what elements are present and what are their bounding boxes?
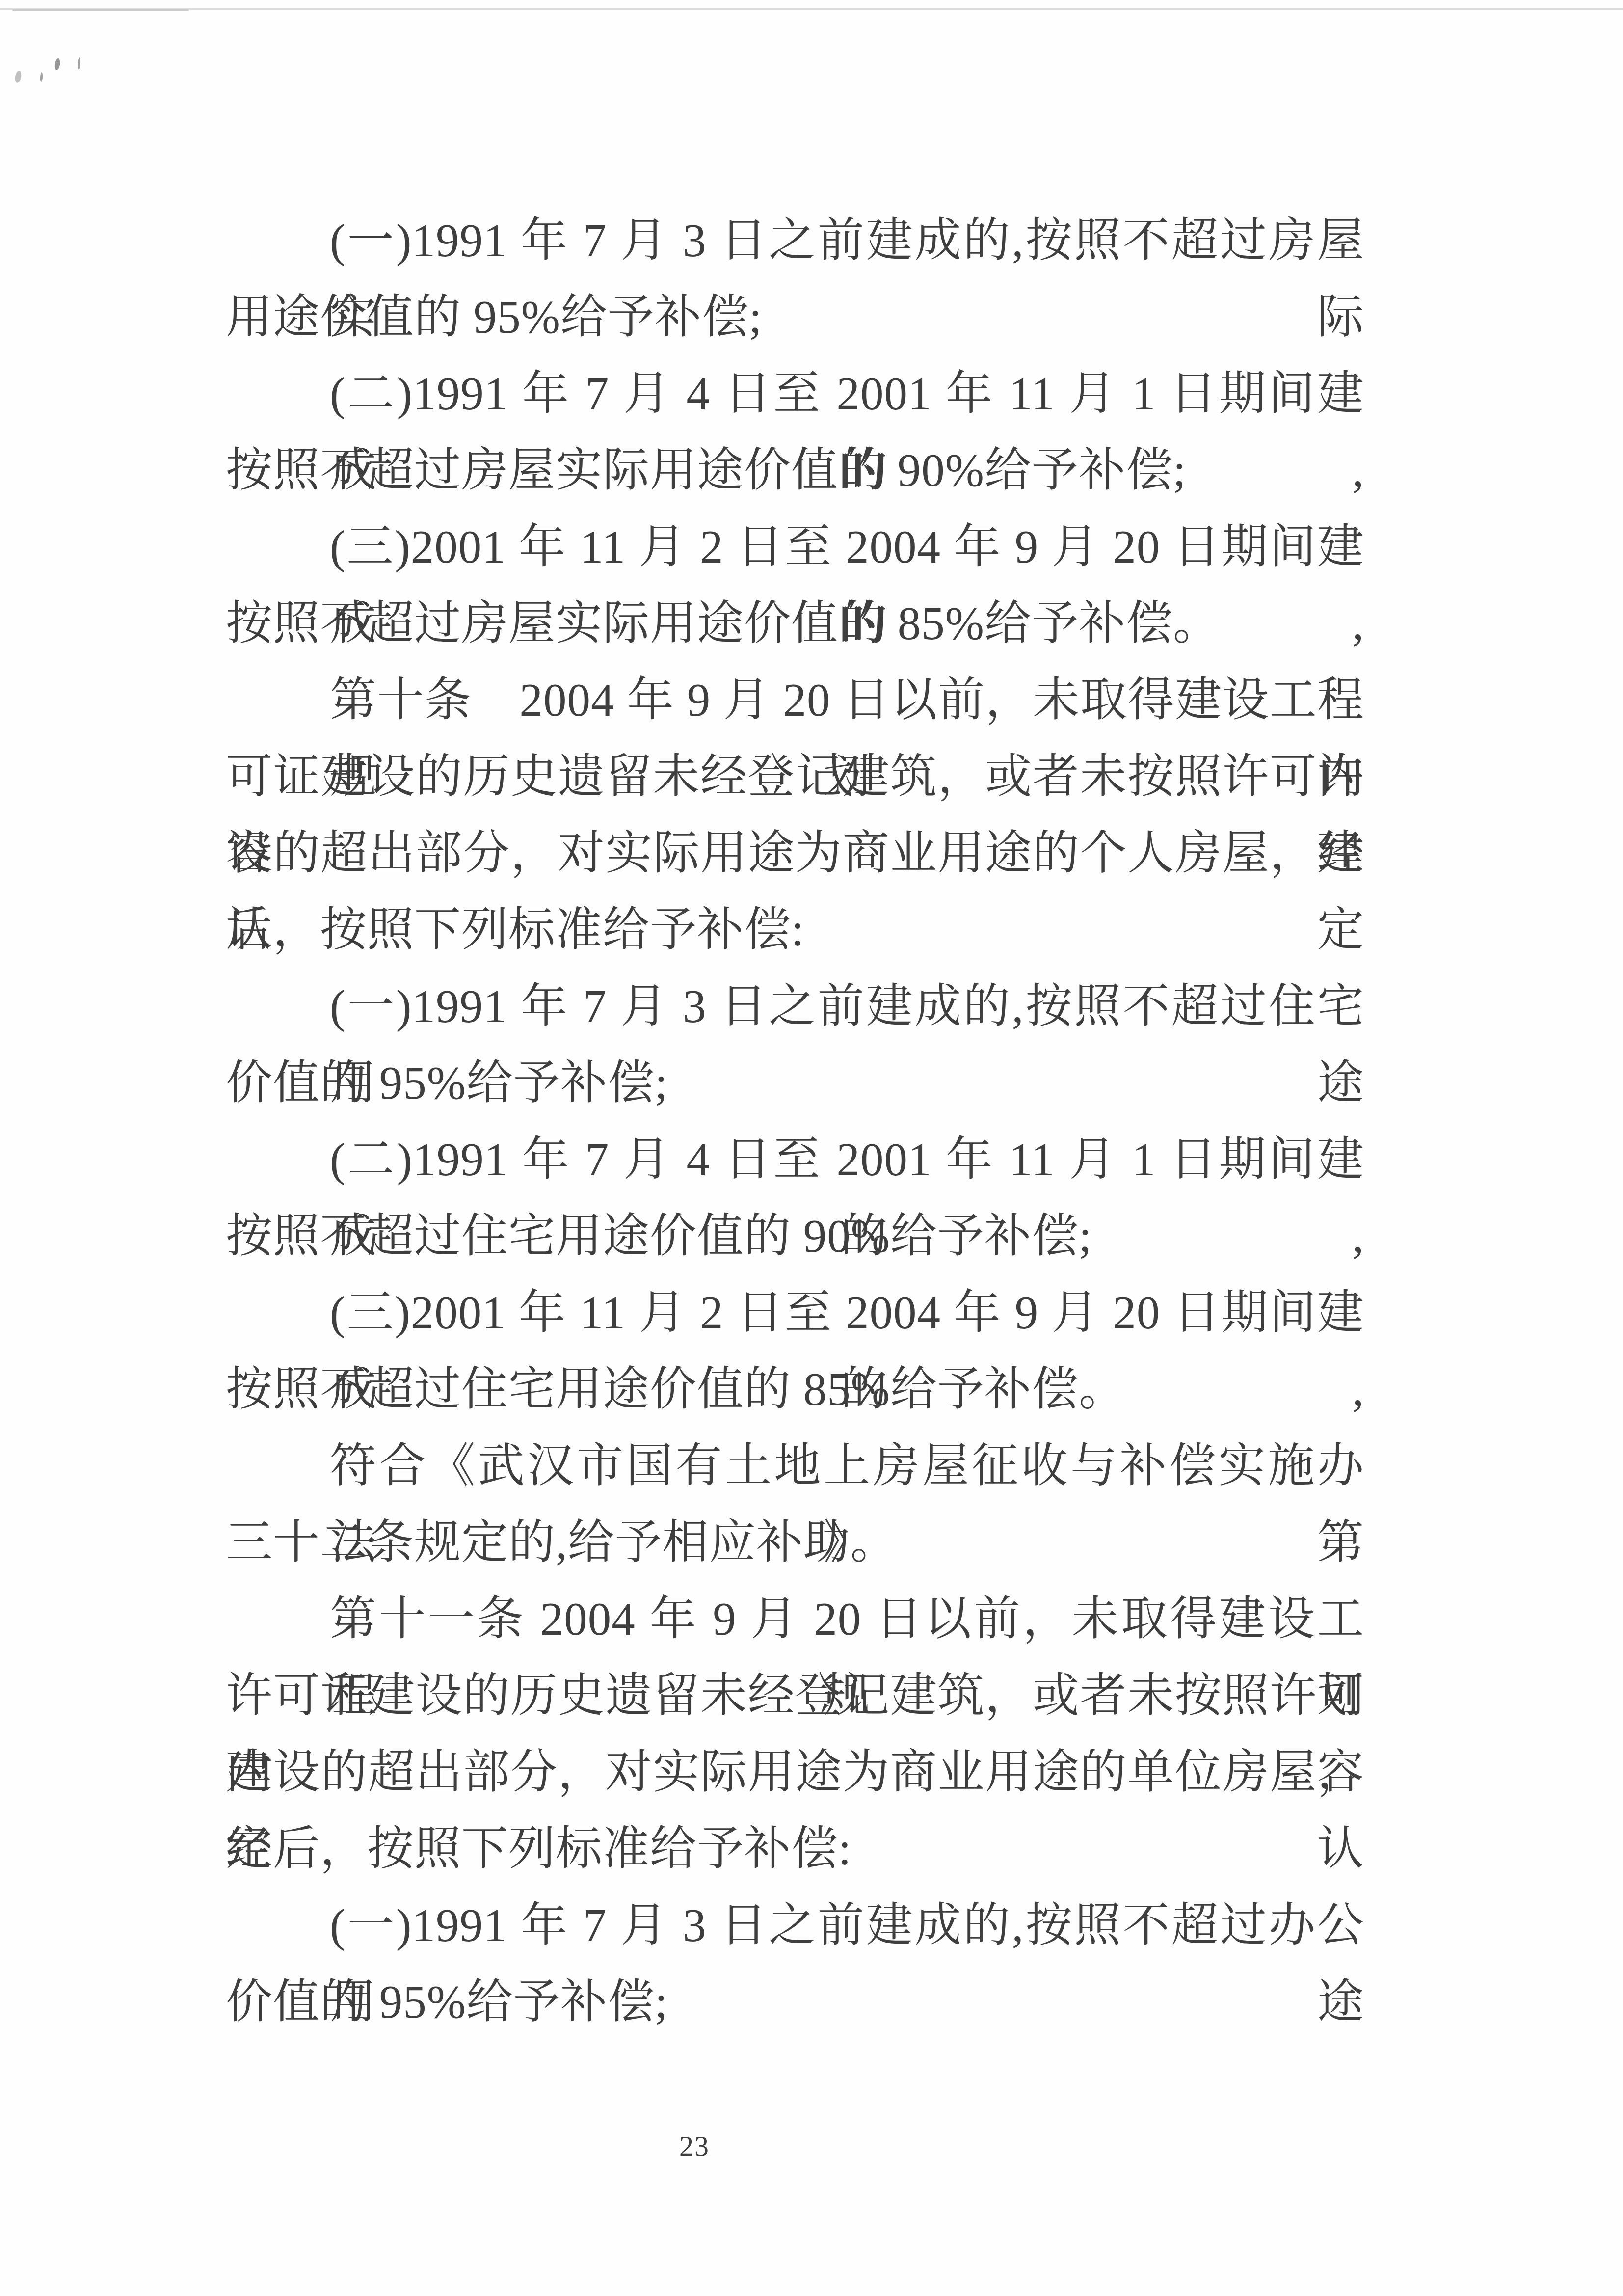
text-line: (三)2001 年 11 月 2 日至 2004 年 9 月 20 日期间建成的… [226,1274,1364,1351]
text-line: (二)1991 年 7 月 4 日至 2001 年 11 月 1 日期间建成的, [226,355,1364,432]
scan-edge-line-dark-segment [12,9,189,11]
text-line: 符合《武汉市国有土地上房屋征收与补偿实施办法》第 [226,1428,1364,1504]
text-line: (三)2001 年 11 月 2 日至 2004 年 9 月 20 日期间建成的… [226,509,1364,585]
scanned-page: (一)1991 年 7 月 3 日之前建成的,按照不超过房屋实际用途价值的 95… [0,0,1623,2296]
text-line: (一)1991 年 7 月 3 日之前建成的,按照不超过办公用途 [226,1887,1364,1964]
text-line: (一)1991 年 7 月 3 日之前建成的,按照不超过房屋实际 [226,202,1364,279]
text-line: (一)1991 年 7 月 3 日之前建成的,按照不超过住宅用途 [226,968,1364,1045]
toner-smudge [77,57,81,69]
toner-smudge [40,72,43,82]
toner-smudge [14,70,22,83]
scan-edge-line [0,8,1623,10]
page-number: 23 [665,2130,724,2162]
text-line: 第十条 2004 年 9 月 20 日以前，未取得建设工程规划许 [226,662,1364,738]
text-line: (二)1991 年 7 月 4 日至 2001 年 11 月 1 日期间建成的, [226,1121,1364,1198]
text-line: 许可证建设的历史遗留未经登记建筑，或者未按照许可内容 [226,1657,1364,1734]
document-body: (一)1991 年 7 月 3 日之前建成的,按照不超过房屋实际用途价值的 95… [226,202,1364,2040]
text-line: 设的超出部分，对实际用途为商业用途的个人房屋，经认定 [226,815,1364,891]
text-line: 第十一条 2004 年 9 月 20 日以前，未取得建设工程规划 [226,1581,1364,1657]
text-line: 按照不超过房屋实际用途价值的 85%给予补偿。 [226,585,1364,662]
text-line: 建设的超出部分，对实际用途为商业用途的单位房屋，经认 [226,1734,1364,1810]
toner-smudge [54,58,60,70]
text-line: 可证建设的历史遗留未经登记建筑，或者未按照许可内容建 [226,738,1364,815]
